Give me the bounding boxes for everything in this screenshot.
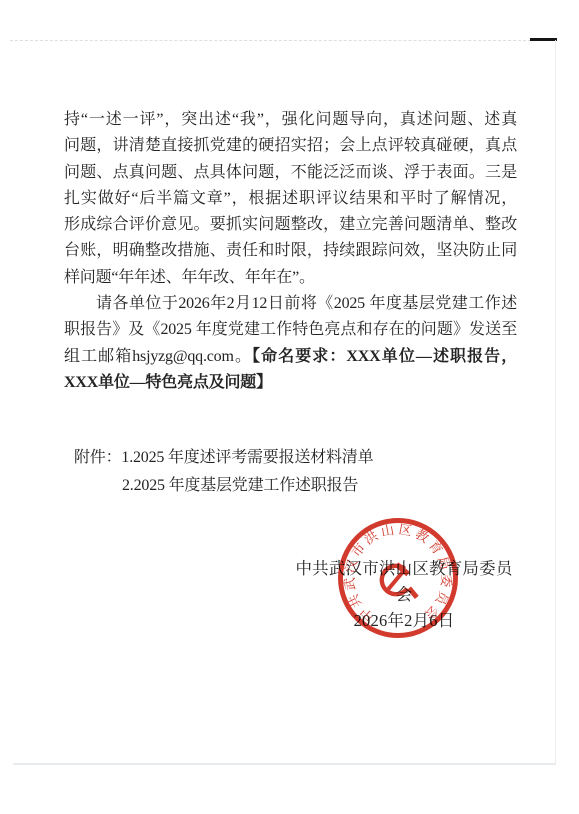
page-edge-top-dark-segment: [530, 38, 557, 41]
naming-requirement-bold: 【命名要求：XXX单位—述职报告，: [252, 348, 517, 365]
page-edge-right: [555, 40, 556, 763]
body-line-5: 形成综合评价意见。要抓实问题整改，建立完善问题清单、整改: [64, 212, 517, 238]
body-line-8: 请各单位于2026年2月12日前将《2025 年度基层党建工作述: [64, 291, 517, 317]
body-line-10-normal: 组工邮箱hsjyzg@qq.com。: [64, 348, 252, 365]
document-body: 持“一述一评”，突出述“我”，强化问题导向，真述问题、述真 问题，讲清楚直接抓党…: [64, 107, 517, 396]
naming-requirement-bold-2: XXX单位—特色亮点及问题】: [64, 374, 272, 391]
attachment-list: 附件：1.2025 年度述评考需要报送材料清单 2.2025 年度基层党建工作述…: [74, 444, 373, 500]
body-line-7: 样问题“年年述、年年改、年年在”。: [64, 265, 517, 291]
scanned-document-page: 持“一述一评”，突出述“我”，强化问题导向，真述问题、述真 问题，讲清楚直接抓党…: [0, 0, 579, 814]
page-edge-bottom: [13, 763, 556, 765]
body-line-4: 扎实做好“后半篇文章”，根据述职评议结果和平时了解情况，: [64, 186, 517, 212]
body-line-10: 组工邮箱hsjyzg@qq.com。【命名要求：XXX单位—述职报告，: [64, 344, 517, 370]
attachment-item-2: 2.2025 年度基层党建工作述职报告: [74, 472, 373, 500]
body-line-9: 职报告》及《2025 年度党建工作特色亮点和存在的问题》发送至: [64, 317, 517, 343]
body-line-6: 台账，明确整改措施、责任和时限，持续跟踪问效，坚决防止同: [64, 238, 517, 264]
body-line-3: 问题、点真问题、点具体问题，不能泛泛而谈、浮于表面。三是: [64, 160, 517, 186]
party-emblem-icon: [380, 562, 419, 599]
body-line-1: 持“一述一评”，突出述“我”，强化问题导向，真述问题、述真: [64, 107, 517, 133]
body-line-2: 问题，讲清楚直接抓党建的硬招实招；会上点评较真碰硬，真点: [64, 133, 517, 159]
page-edge-top: [10, 40, 531, 41]
body-line-11: XXX单位—特色亮点及问题】: [64, 370, 517, 396]
attachment-item-1: 附件：1.2025 年度述评考需要报送材料清单: [74, 444, 373, 472]
official-seal: 中共武汉市洪山区教育局委员会: [336, 516, 460, 640]
